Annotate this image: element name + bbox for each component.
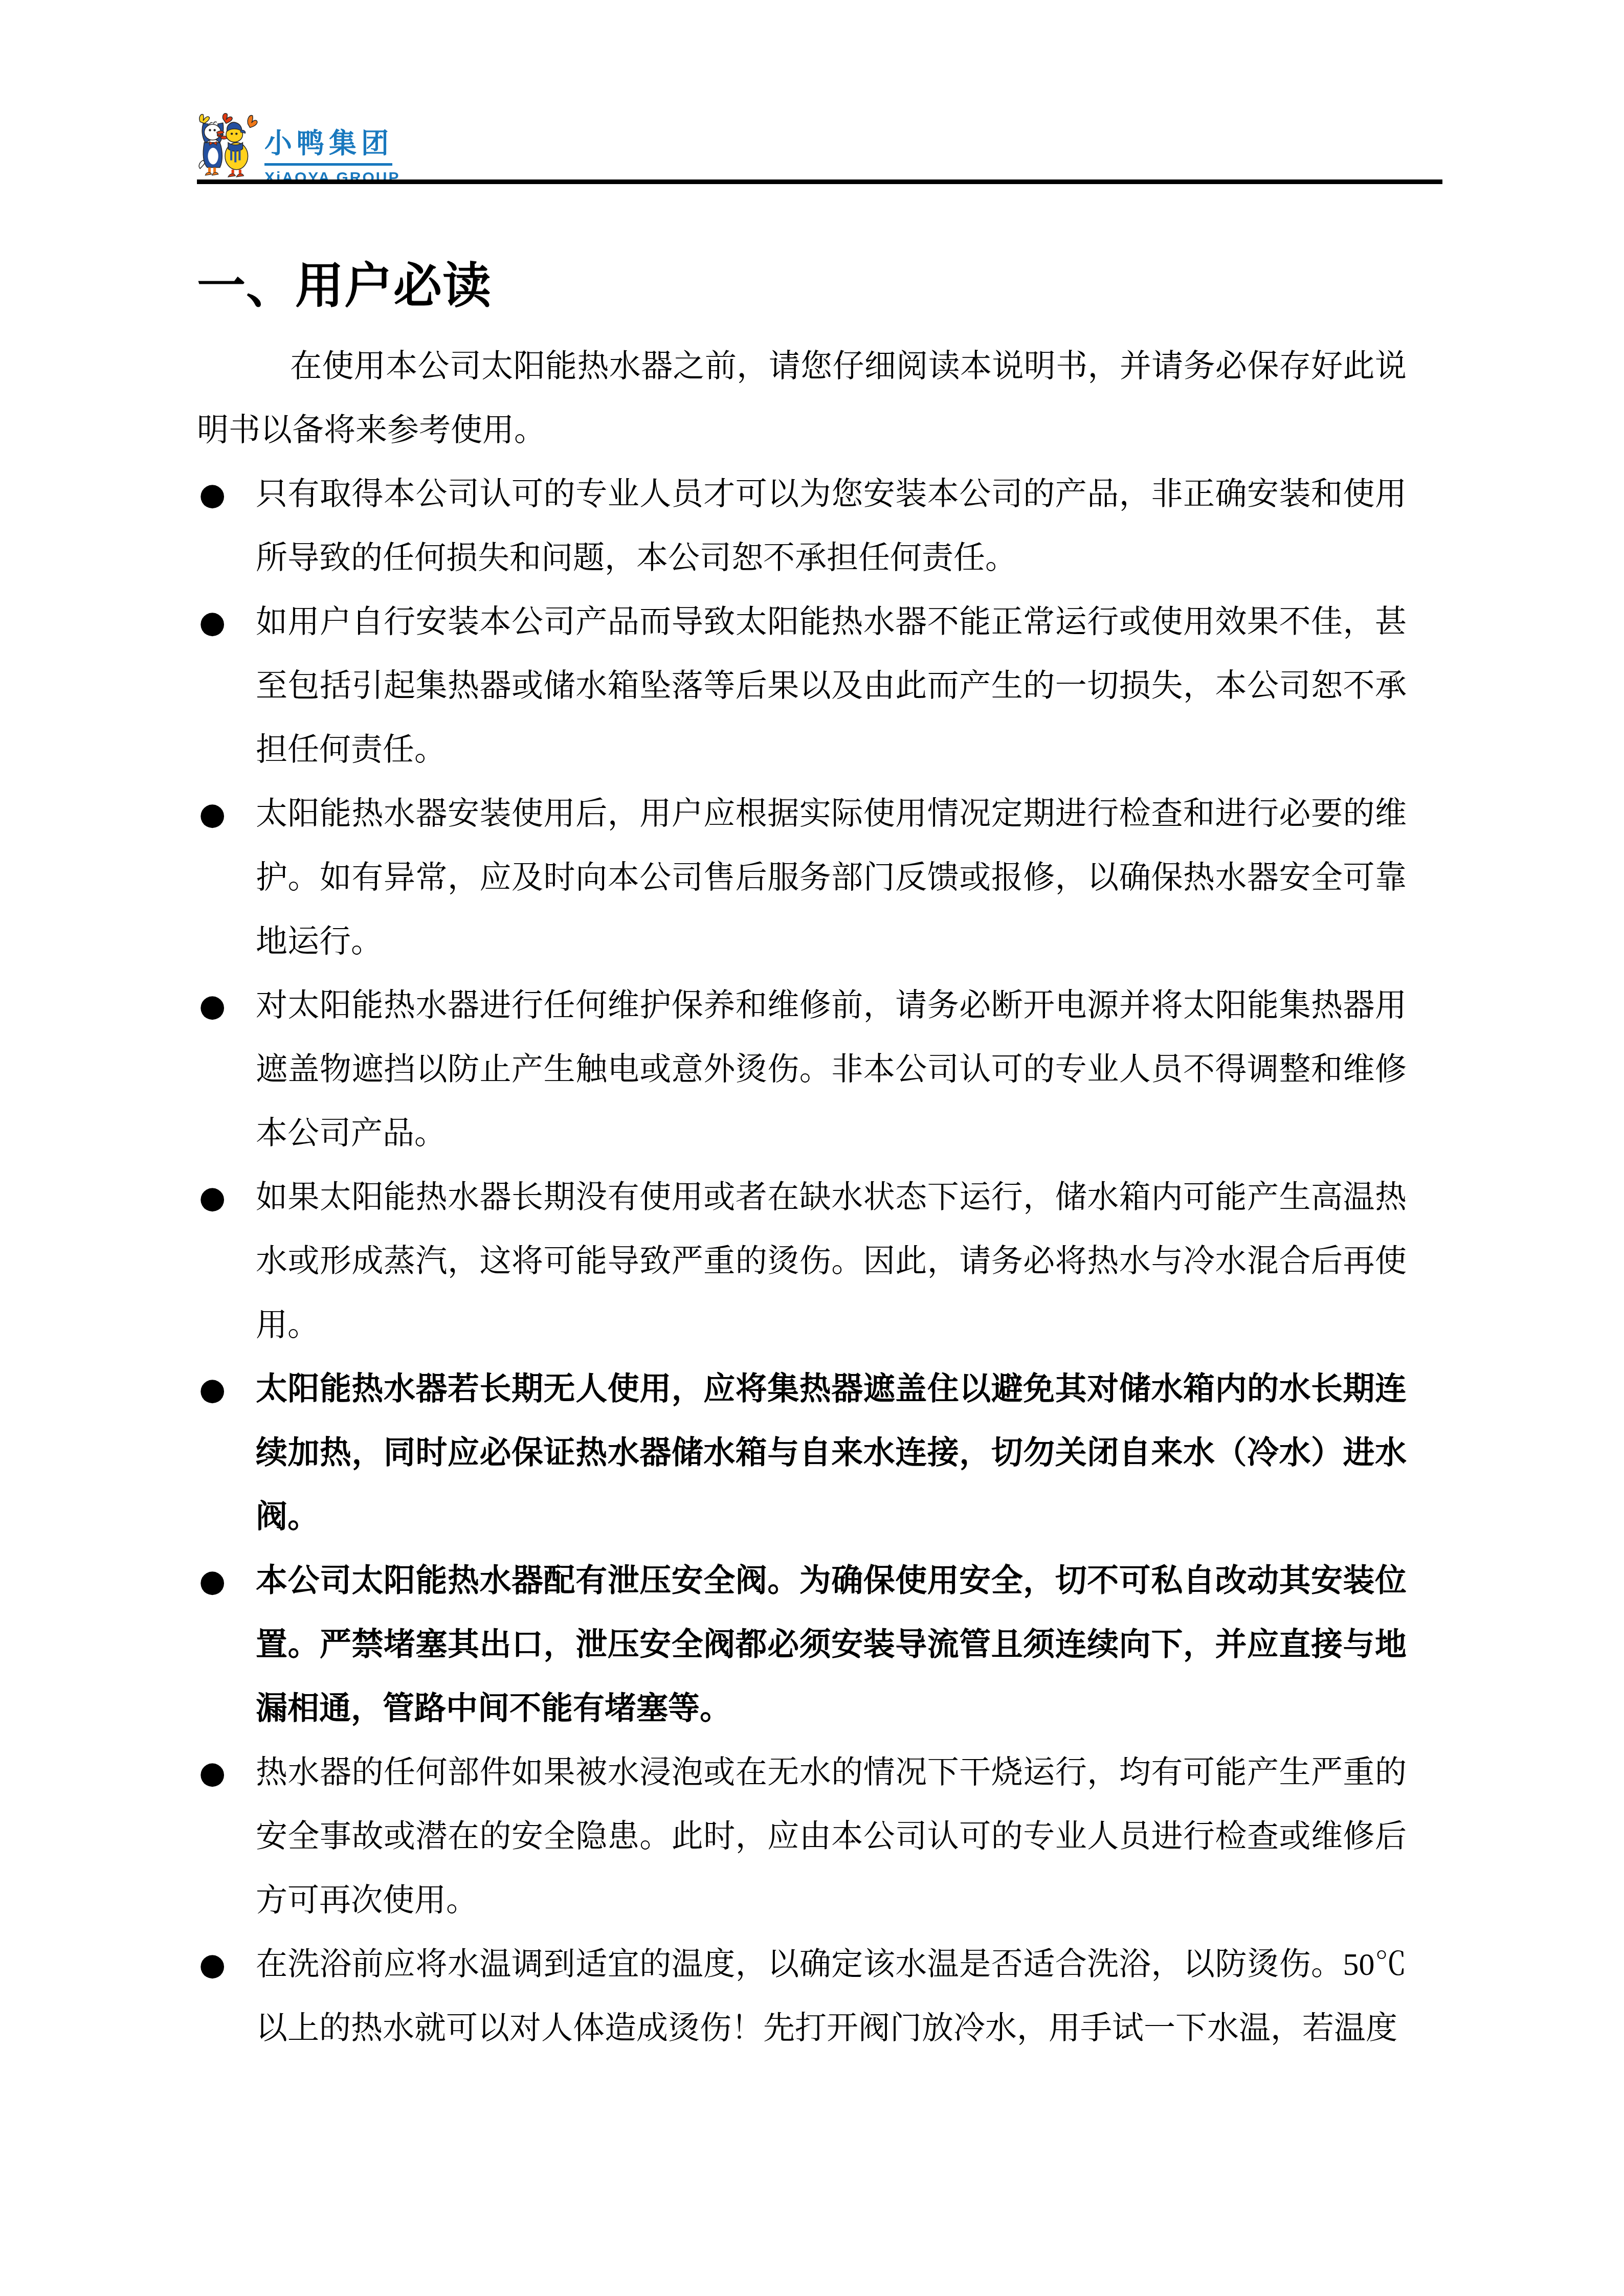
bullet-marker-icon: ●: [199, 1358, 226, 1422]
bullet-marker-icon: ●: [199, 782, 226, 846]
list-item: ● 热水器的任何部件如果被水浸泡或在无水的情况下干烧运行，均有可能产生严重的安全…: [197, 1741, 1407, 1933]
bullet-marker-icon: ●: [199, 463, 226, 527]
content-block: 在使用本公司太阳能热水器之前，请您仔细阅读本说明书，并请务必保存好此说明书以备将…: [197, 335, 1407, 2061]
bullet-text: 如用户自行安装本公司产品而导致太阳能热水器不能正常运行或使用效果不佳，甚至包括引…: [256, 591, 1407, 782]
bullet-text: 只有取得本公司认可的专业人员才可以为您安装本公司的产品，非正确安装和使用所导致的…: [256, 463, 1407, 591]
list-item: ● 如用户自行安装本公司产品而导致太阳能热水器不能正常运行或使用效果不佳，甚至包…: [197, 591, 1407, 782]
logo-text: 小鸭集团 XiAOYA GROUP: [264, 130, 401, 186]
intro-paragraph: 在使用本公司太阳能热水器之前，请您仔细阅读本说明书，并请务必保存好此说明书以备将…: [197, 335, 1407, 463]
bullet-text: 太阳能热水器安装使用后，用户应根据实际使用情况定期进行检查和进行必要的维护。如有…: [256, 782, 1407, 974]
duck-mascots-icon: [196, 112, 258, 181]
bullet-marker-icon: ●: [199, 591, 226, 655]
bullet-text: 太阳能热水器若长期无人使用，应将集热器遮盖住以避免其对储水箱内的水长期连续加热，…: [256, 1358, 1407, 1549]
bullet-text: 本公司太阳能热水器配有泄压安全阀。为确保使用安全，切不可私自改动其安装位置。严禁…: [256, 1549, 1407, 1741]
bullet-text: 对太阳能热水器进行任何维护保养和维修前，请务必断开电源并将太阳能集热器用遮盖物遮…: [256, 974, 1407, 1166]
bullet-marker-icon: ●: [199, 1166, 226, 1230]
bullet-text: 热水器的任何部件如果被水浸泡或在无水的情况下干烧运行，均有可能产生严重的安全事故…: [256, 1741, 1407, 1933]
list-item: ● 太阳能热水器若长期无人使用，应将集热器遮盖住以避免其对储水箱内的水长期连续加…: [197, 1358, 1407, 1549]
manual-page: 小鸭集团 XiAOYA GROUP 一、用户必读 在使用本公司太阳能热水器之前，…: [0, 0, 1624, 2296]
list-item: ● 只有取得本公司认可的专业人员才可以为您安装本公司的产品，非正确安装和使用所导…: [197, 463, 1407, 591]
bullet-marker-icon: ●: [199, 1549, 226, 1613]
xiaoya-logo: 小鸭集团 XiAOYA GROUP: [196, 112, 401, 181]
bullet-marker-icon: ●: [199, 1933, 226, 1997]
header-divider: [197, 179, 1442, 184]
list-item: ● 本公司太阳能热水器配有泄压安全阀。为确保使用安全，切不可私自改动其安装位置。…: [197, 1549, 1407, 1741]
bullet-text: 如果太阳能热水器长期没有使用或者在缺水状态下运行，储水箱内可能产生高温热水或形成…: [256, 1166, 1407, 1358]
section-title: 一、用户必读: [197, 260, 492, 313]
bullet-marker-icon: ●: [199, 1741, 226, 1805]
logo-underline: [264, 163, 392, 166]
list-item: ● 对太阳能热水器进行任何维护保养和维修前，请务必断开电源并将太阳能集热器用遮盖…: [197, 974, 1407, 1166]
list-item: ● 在洗浴前应将水温调到适宜的温度，以确定该水温是否适合洗浴，以防烫伤。50℃以…: [197, 1933, 1407, 2061]
brand-name-cn: 小鸭集团: [264, 130, 401, 157]
list-item: ● 太阳能热水器安装使用后，用户应根据实际使用情况定期进行检查和进行必要的维护。…: [197, 782, 1407, 974]
bullet-marker-icon: ●: [199, 974, 226, 1038]
list-item: ● 如果太阳能热水器长期没有使用或者在缺水状态下运行，储水箱内可能产生高温热水或…: [197, 1166, 1407, 1358]
notice-list: ● 只有取得本公司认可的专业人员才可以为您安装本公司的产品，非正确安装和使用所导…: [197, 463, 1407, 2061]
bullet-text: 在洗浴前应将水温调到适宜的温度，以确定该水温是否适合洗浴，以防烫伤。50℃以上的…: [256, 1933, 1407, 2061]
